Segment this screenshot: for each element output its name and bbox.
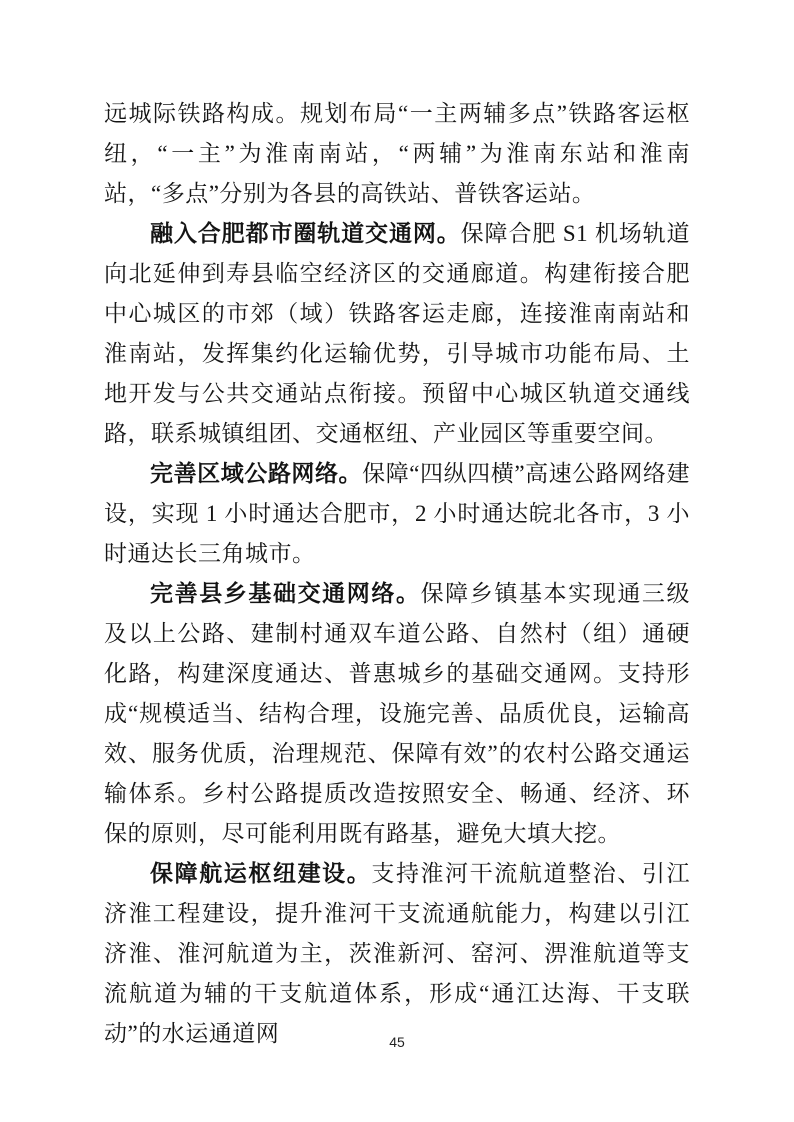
paragraph-lead: 融入合肥都市圈轨道交通网。	[150, 221, 461, 246]
paragraph: 融入合肥都市圈轨道交通网。保障合肥 S1 机场轨道向北延伸到寿县临空经济区的交通…	[104, 214, 690, 454]
paragraph-lead: 完善县乡基础交通网络。	[150, 581, 421, 606]
paragraph-lead: 保障航运枢纽建设。	[150, 861, 371, 886]
paragraph: 保障航运枢纽建设。支持淮河干流航道整治、引江济淮工程建设，提升淮河干支流通航能力…	[104, 854, 690, 1054]
text-body: 远城际铁路构成。规划布局“一主两辅多点”铁路客运枢纽，“一主”为淮南南站，“两辅…	[104, 94, 690, 1054]
page-number: 45	[0, 1034, 794, 1050]
paragraph-lead: 完善区域公路网络。	[150, 461, 362, 486]
paragraph-text: 保障合肥 S1 机场轨道向北延伸到寿县临空经济区的交通廊道。构建衔接合肥中心城区…	[104, 221, 690, 446]
paragraph-text: 保障乡镇基本实现通三级及以上公路、建制村通双车道公路、自然村（组）通硬化路，构建…	[104, 581, 690, 846]
paragraph-text: 远城际铁路构成。规划布局“一主两辅多点”铁路客运枢纽，“一主”为淮南南站，“两辅…	[104, 101, 690, 206]
paragraph: 完善县乡基础交通网络。保障乡镇基本实现通三级及以上公路、建制村通双车道公路、自然…	[104, 574, 690, 854]
paragraph-text: 支持淮河干流航道整治、引江济淮工程建设，提升淮河干支流通航能力，构建以引江济淮、…	[104, 861, 690, 1046]
document-page: 远城际铁路构成。规划布局“一主两辅多点”铁路客运枢纽，“一主”为淮南南站，“两辅…	[0, 0, 794, 1122]
paragraph: 远城际铁路构成。规划布局“一主两辅多点”铁路客运枢纽，“一主”为淮南南站，“两辅…	[104, 94, 690, 214]
paragraph: 完善区域公路网络。保障“四纵四横”高速公路网络建设，实现 1 小时通达合肥市，2…	[104, 454, 690, 574]
